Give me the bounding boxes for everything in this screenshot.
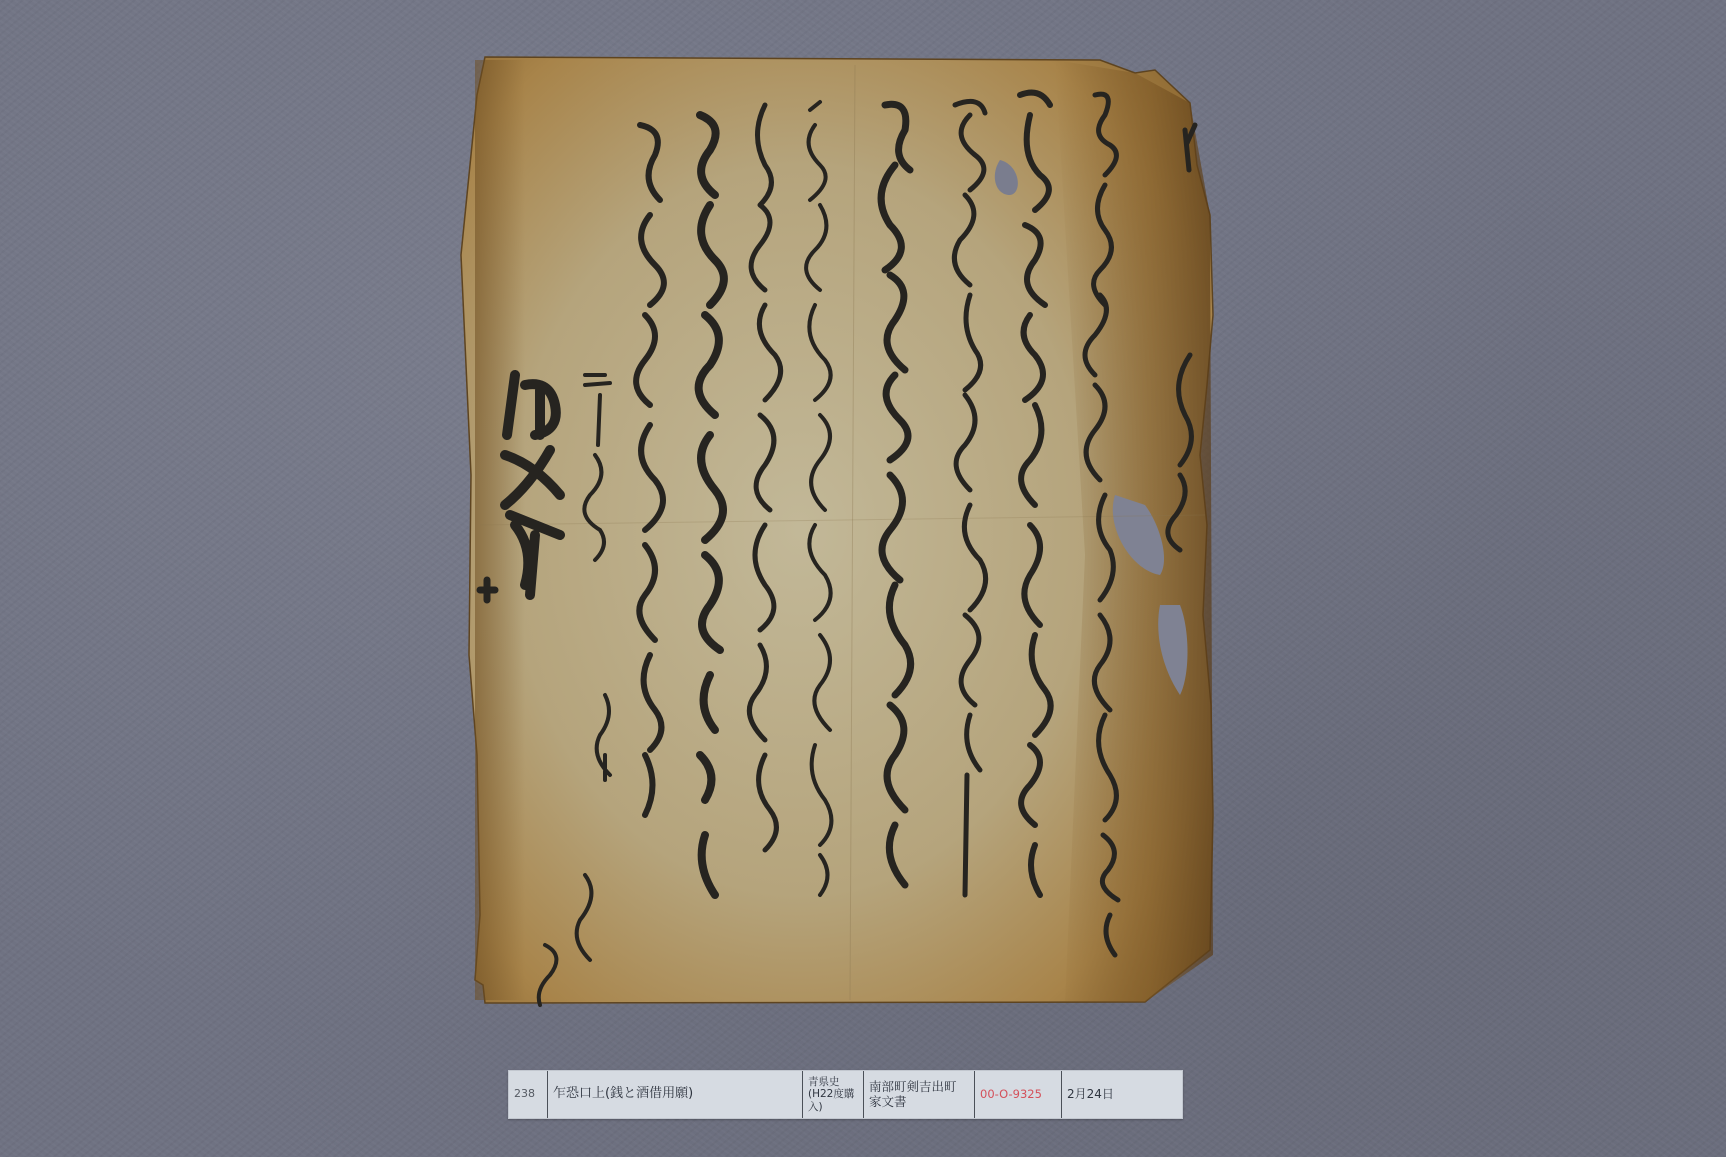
label-source: 青県史 (H22度購 入): [803, 1071, 864, 1118]
label-code: 00-O-9325: [975, 1071, 1062, 1118]
historical-letter-document: [455, 55, 1225, 1007]
label-collection: 南部町剣吉出町 家文書: [864, 1071, 975, 1118]
label-number: 238: [509, 1071, 548, 1118]
catalog-label: 238 乍恐口上(銭と酒借用願) 青県史 (H22度購 入) 南部町剣吉出町 家…: [508, 1070, 1183, 1119]
label-date: 2月24日: [1062, 1071, 1182, 1118]
document-paper-illustration: [455, 55, 1225, 1007]
label-title: 乍恐口上(銭と酒借用願): [548, 1071, 803, 1118]
